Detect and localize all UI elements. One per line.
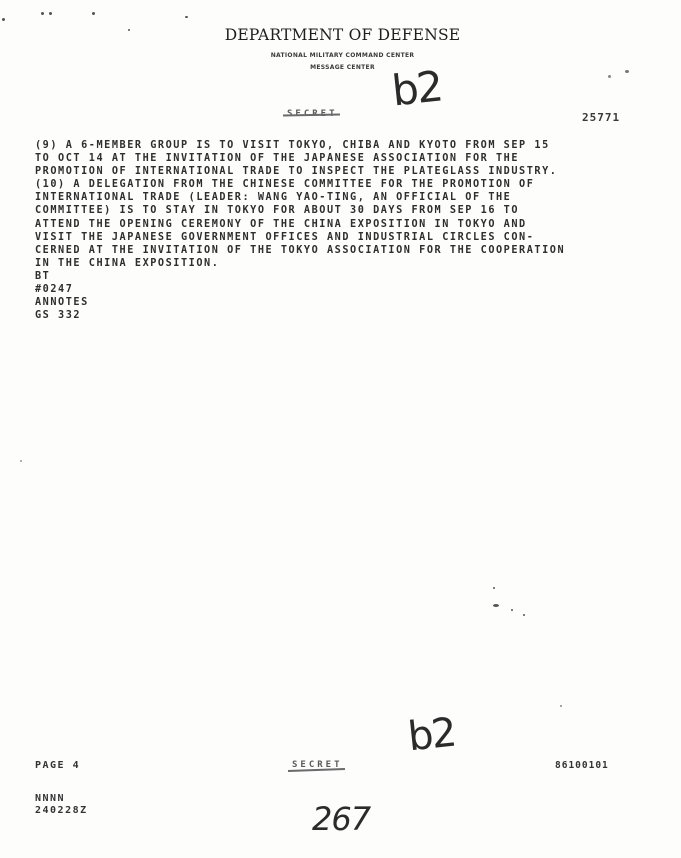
- handwritten-b2-mark-bottom: b2: [406, 710, 457, 761]
- message-line: COMMITTEE) IS TO STAY IN TOKYO FOR ABOUT…: [35, 204, 565, 217]
- message-line: BT: [35, 270, 565, 283]
- scan-speck: [625, 70, 629, 73]
- message-line: IN THE CHINA EXPOSITION.: [35, 257, 565, 270]
- agency-subtitle: NATIONAL MILITARY COMMAND CENTER: [0, 52, 681, 59]
- routing-line: NNNN: [35, 793, 88, 805]
- scan-speck: [608, 75, 611, 78]
- scan-speck: [128, 29, 130, 31]
- classification-marking-bottom: SECRET: [292, 760, 343, 770]
- message-line: TO OCT 14 AT THE INVITATION OF THE JAPAN…: [35, 152, 565, 165]
- message-number: 25771: [582, 111, 620, 124]
- message-body: (9) A 6-MEMBER GROUP IS TO VISIT TOKYO, …: [35, 139, 565, 322]
- routing-lines: NNNN240228Z: [35, 793, 88, 817]
- scan-speck: [92, 12, 95, 15]
- message-line: ATTEND THE OPENING CEREMONY OF THE CHINA…: [35, 218, 565, 231]
- agency-title: DEPARTMENT OF DEFENSE: [0, 26, 681, 44]
- message-line: (10) A DELEGATION FROM THE CHINESE COMMI…: [35, 178, 565, 191]
- message-line: ANNOTES: [35, 296, 565, 309]
- scan-speck: [2, 18, 5, 21]
- scan-speck: [560, 705, 562, 707]
- scan-speck: [493, 604, 499, 607]
- scan-speck: [41, 12, 44, 15]
- scan-speck: [493, 587, 495, 589]
- message-line: (9) A 6-MEMBER GROUP IS TO VISIT TOKYO, …: [35, 139, 565, 152]
- message-line: CERNED AT THE INVITATION OF THE TOKYO AS…: [35, 244, 565, 257]
- office-subtitle: MESSAGE CENTER: [0, 64, 681, 71]
- scan-speck: [511, 609, 513, 611]
- scan-speck: [20, 460, 22, 462]
- routing-line: 240228Z: [35, 805, 88, 817]
- message-line: VISIT THE JAPANESE GOVERNMENT OFFICES AN…: [35, 231, 565, 244]
- page-label: PAGE 4: [35, 760, 80, 771]
- message-line: GS 332: [35, 309, 565, 322]
- scan-speck: [49, 12, 52, 15]
- handwritten-b2-mark-top: b2: [390, 62, 444, 116]
- message-line: #0247: [35, 283, 565, 296]
- classification-marking-top: SECRET: [287, 109, 338, 119]
- message-line: PROMOTION OF INTERNATIONAL TRADE TO INSP…: [35, 165, 565, 178]
- message-line: INTERNATIONAL TRADE (LEADER: WANG YAO-TI…: [35, 191, 565, 204]
- scan-speck: [523, 614, 525, 616]
- scan-speck: [185, 16, 188, 18]
- handwritten-page-number: 267: [312, 800, 370, 838]
- document-id: 86100101: [555, 760, 609, 771]
